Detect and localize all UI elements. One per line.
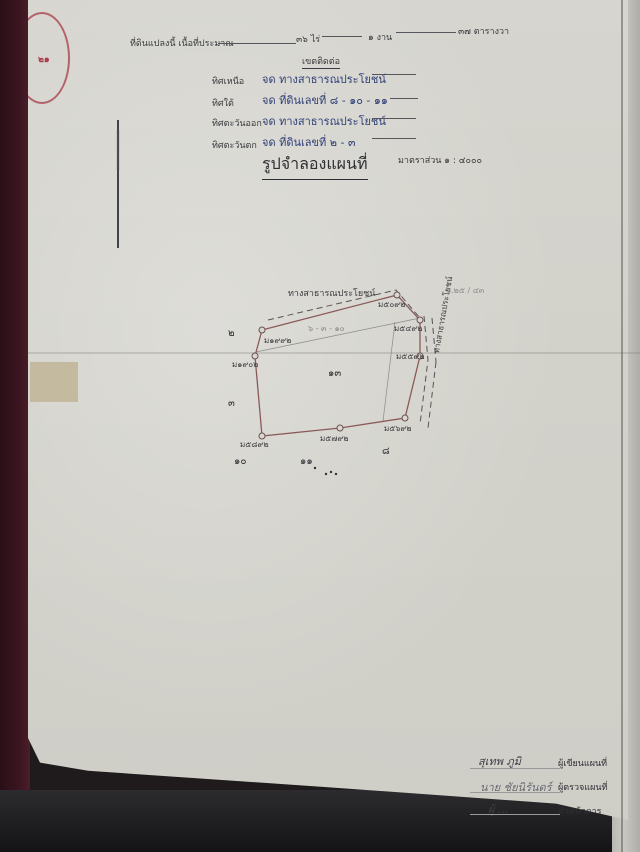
pencil-note: ๖.๒๕ / ๔๓ (446, 284, 484, 297)
neighbor-left: ๓ (228, 396, 235, 411)
marker-left-middle: ม๑๙๐๒ (232, 358, 258, 371)
marker-top-right: ม๕๐๙๒ (378, 298, 405, 311)
chief-role: หัวหน้าการ (558, 804, 601, 818)
marker-bottom-left: ม๕๘๙๒ (240, 438, 269, 451)
chief-line (470, 814, 560, 815)
checker-signature: นาย ชัยนิรันดร์ (480, 778, 552, 796)
drafter-role: ผู้เขียนแผนที่ (558, 756, 607, 770)
marker-top-left: ม๑๙๙๒ (264, 334, 291, 347)
parcel-number: ๑๓ (328, 366, 341, 381)
marker-right-middle: ม๕๕๙๒ (396, 350, 425, 363)
drafter-line (470, 768, 560, 769)
marker-right-upper: ม๕๔๙๒ (394, 322, 423, 335)
road-north-label: ทางสาธารณประโยชน์ (288, 286, 375, 300)
chief-signature: ผู้ ... (488, 800, 508, 818)
neighbor-upper-left: ๒ (228, 326, 235, 341)
marker-bottom-middle: ม๕๗๙๒ (320, 432, 348, 445)
marker-bottom-right: ม๕๖๙๒ (384, 422, 412, 435)
checker-role: ผู้ตรวจแผนที่ (558, 780, 607, 794)
neighbor-lower-middle: ๑๑ (300, 454, 313, 469)
parcel-plot-drawing (0, 0, 640, 852)
neighbor-lower-left: ๑๐ (234, 454, 246, 469)
parcel-inner-note: ๖ - ๓ - ๑๐ (308, 322, 344, 335)
checker-line (470, 792, 560, 793)
neighbor-lower-right: ๘ (382, 444, 390, 459)
